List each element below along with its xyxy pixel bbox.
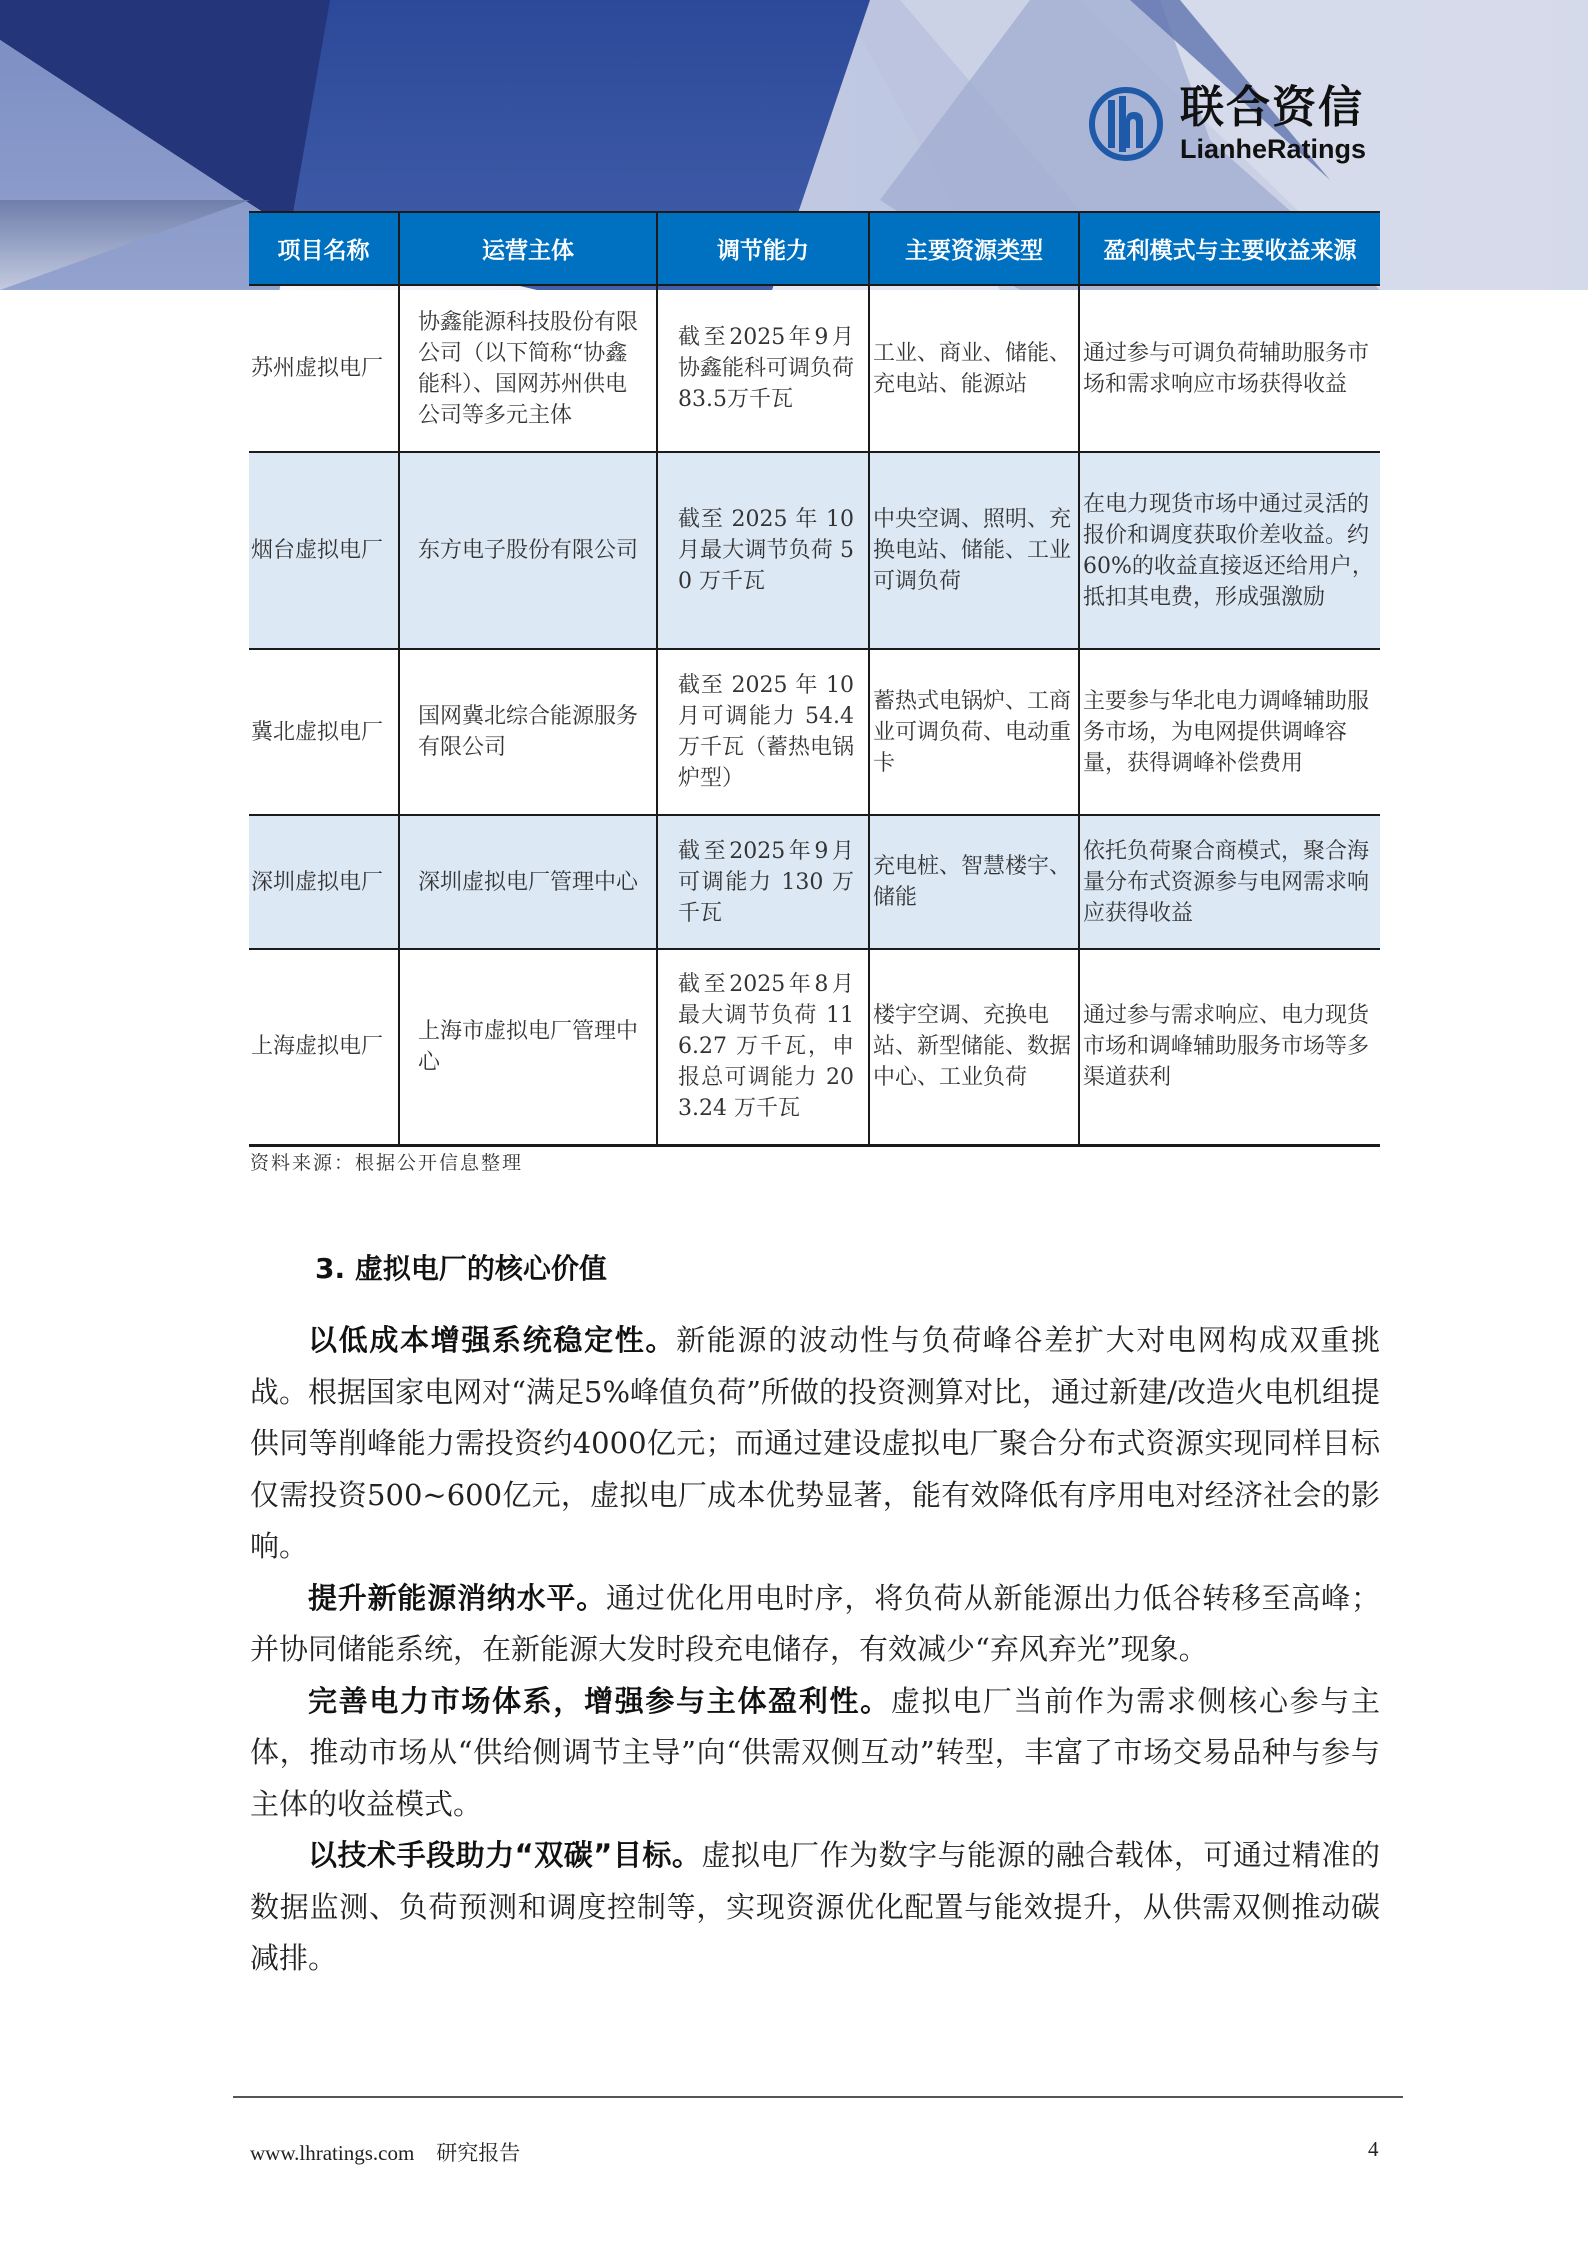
header-resource-types: 主要资源类型 bbox=[869, 212, 1079, 285]
table-row: 冀北虚拟电厂 国网冀北综合能源服务有限公司 截至 2025 年 10 月可调能力… bbox=[249, 649, 1380, 815]
footer-divider bbox=[233, 2096, 1403, 2098]
header-profit-model: 盈利模式与主要收益来源 bbox=[1079, 212, 1380, 285]
cell-profit-model: 依托负荷聚合商模式，聚合海量分布式资源参与电网需求响应获得收益 bbox=[1079, 815, 1380, 949]
brand-name-cn: 联合资信 bbox=[1180, 84, 1364, 132]
table-header-row: 项目名称 运营主体 调节能力 主要资源类型 盈利模式与主要收益来源 bbox=[249, 212, 1380, 285]
cell-resource-types: 工业、商业、储能、充电站、能源站 bbox=[869, 285, 1079, 452]
section-heading: 3. 虚拟电厂的核心价值 bbox=[315, 1247, 607, 1287]
brand-name-en: LianheRatings bbox=[1180, 134, 1366, 164]
paragraph-text: 新能源的波动性与负荷峰谷差扩大对电网构成双重挑战。根据国家电网对“满足5%峰值负… bbox=[250, 1323, 1380, 1563]
table-row: 上海虚拟电厂 上海市虚拟电厂管理中心 截至2025年8月最大调节负荷 116.2… bbox=[249, 949, 1380, 1145]
table-row: 苏州虚拟电厂 协鑫能源科技股份有限公司（以下简称“协鑫能科）、国网苏州供电公司等… bbox=[249, 285, 1380, 452]
cell-operator: 国网冀北综合能源服务有限公司 bbox=[399, 649, 657, 815]
paragraph: 完善电力市场体系，增强参与主体盈利性。虚拟电厂当前作为需求侧核心参与主体，推动市… bbox=[250, 1676, 1380, 1831]
cell-project-name: 苏州虚拟电厂 bbox=[249, 285, 399, 452]
paragraph-lead: 提升新能源消纳水平。 bbox=[308, 1581, 606, 1615]
cell-capacity: 截至2025年8月最大调节负荷 116.27 万千瓦，申报总可调能力 203.2… bbox=[657, 949, 869, 1145]
cell-profit-model: 在电力现货市场中通过灵活的报价和调度获取价差收益。约 60%的收益直接返还给用户… bbox=[1079, 452, 1380, 649]
brand-logo: 联合资信 LianheRatings bbox=[1088, 82, 1388, 172]
cell-capacity: 截至2025年9月协鑫能科可调负荷83.5万千瓦 bbox=[657, 285, 869, 452]
cell-resource-types: 充电桩、智慧楼宇、储能 bbox=[869, 815, 1079, 949]
cell-profit-model: 通过参与可调负荷辅助服务市场和需求响应市场获得收益 bbox=[1079, 285, 1380, 452]
cell-project-name: 深圳虚拟电厂 bbox=[249, 815, 399, 949]
page-number: 4 bbox=[1368, 2137, 1379, 2162]
cell-operator: 东方电子股份有限公司 bbox=[399, 452, 657, 649]
paragraph: 提升新能源消纳水平。通过优化用电时序，将负荷从新能源出力低谷转移至高峰；并协同储… bbox=[250, 1573, 1380, 1676]
lh-circle-logo-icon bbox=[1088, 86, 1164, 162]
vpp-projects-table: 项目名称 运营主体 调节能力 主要资源类型 盈利模式与主要收益来源 苏州虚拟电厂… bbox=[249, 211, 1380, 1147]
table-row: 烟台虚拟电厂 东方电子股份有限公司 截至 2025 年 10 月最大调节负荷 5… bbox=[249, 452, 1380, 649]
footer-info: www.lhratings.com研究报告 bbox=[250, 2137, 520, 2167]
cell-operator: 深圳虚拟电厂管理中心 bbox=[399, 815, 657, 949]
paragraph: 以低成本增强系统稳定性。新能源的波动性与负荷峰谷差扩大对电网构成双重挑战。根据国… bbox=[250, 1315, 1380, 1573]
paragraph-lead: 完善电力市场体系，增强参与主体盈利性。 bbox=[308, 1684, 891, 1718]
cell-project-name: 烟台虚拟电厂 bbox=[249, 452, 399, 649]
footer-website-link[interactable]: www.lhratings.com bbox=[250, 2141, 414, 2165]
cell-resource-types: 中央空调、照明、充换电站、储能、工业可调负荷 bbox=[869, 452, 1079, 649]
header-capacity: 调节能力 bbox=[657, 212, 869, 285]
cell-profit-model: 主要参与华北电力调峰辅助服务市场，为电网提供调峰容量，获得调峰补偿费用 bbox=[1079, 649, 1380, 815]
paragraph-lead: 以低成本增强系统稳定性。 bbox=[308, 1323, 676, 1357]
cell-capacity: 截至 2025 年 10 月可调能力 54.4 万千瓦（蓄热电锅炉型） bbox=[657, 649, 869, 815]
cell-capacity: 截至2025年9月可调能力 130 万千瓦 bbox=[657, 815, 869, 949]
header-operator: 运营主体 bbox=[399, 212, 657, 285]
cell-project-name: 上海虚拟电厂 bbox=[249, 949, 399, 1145]
footer-doc-type: 研究报告 bbox=[436, 2141, 520, 2165]
cell-project-name: 冀北虚拟电厂 bbox=[249, 649, 399, 815]
cell-resource-types: 蓄热式电锅炉、工商业可调负荷、电动重卡 bbox=[869, 649, 1079, 815]
cell-operator: 上海市虚拟电厂管理中心 bbox=[399, 949, 657, 1145]
section-body: 以低成本增强系统稳定性。新能源的波动性与负荷峰谷差扩大对电网构成双重挑战。根据国… bbox=[250, 1315, 1380, 1985]
cell-capacity: 截至 2025 年 10 月最大调节负荷 50 万千瓦 bbox=[657, 452, 869, 649]
cell-profit-model: 通过参与需求响应、电力现货市场和调峰辅助服务市场等多渠道获利 bbox=[1079, 949, 1380, 1145]
cell-operator: 协鑫能源科技股份有限公司（以下简称“协鑫能科）、国网苏州供电公司等多元主体 bbox=[399, 285, 657, 452]
header-project-name: 项目名称 bbox=[249, 212, 399, 285]
paragraph-lead: 以技术手段助力“双碳”目标。 bbox=[308, 1838, 701, 1872]
paragraph: 以技术手段助力“双碳”目标。虚拟电厂作为数字与能源的融合载体，可通过精准的数据监… bbox=[250, 1830, 1380, 1985]
table-row: 深圳虚拟电厂 深圳虚拟电厂管理中心 截至2025年9月可调能力 130 万千瓦 … bbox=[249, 815, 1380, 949]
table-source-note: 资料来源：根据公开信息整理 bbox=[250, 1148, 523, 1175]
cell-resource-types: 楼宇空调、充换电站、新型储能、数据中心、工业负荷 bbox=[869, 949, 1079, 1145]
